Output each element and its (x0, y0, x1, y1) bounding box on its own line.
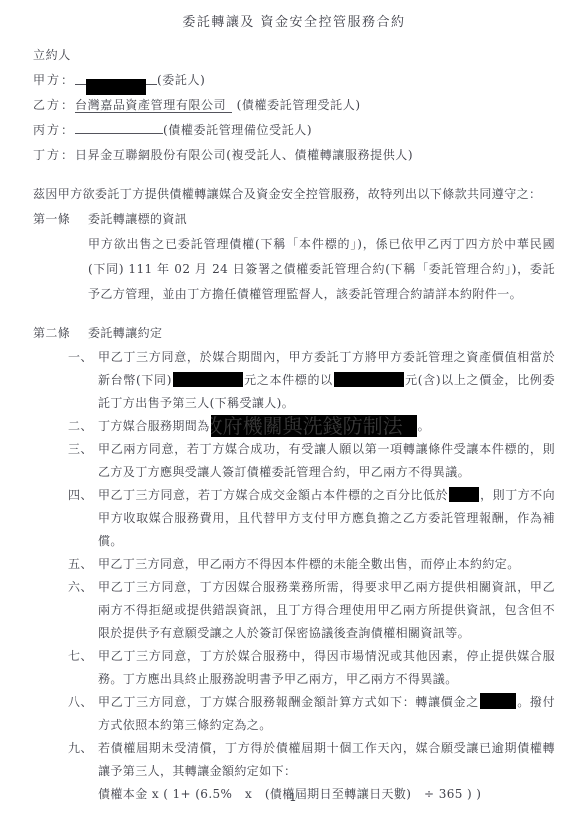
parties-heading: 立約人 (33, 43, 555, 68)
clause-content: 丁方媒合服務期間為政府機關與洗錢防制法。 (98, 415, 555, 438)
clause-marker: 五、 (68, 553, 98, 576)
contract-clause: 六、甲乙丁三方同意，丁方因媒合服務業務所需，得要求甲乙兩方提供相關資訊，甲乙兩方… (68, 576, 555, 645)
clause-content: 甲乙丁三方同意，甲乙兩方不得因本件標的未能全數出售，而停止本約約定。 (98, 553, 555, 576)
clause-text: 甲乙丁三方同意，丁方因媒合服務業務所需，得要求甲乙兩方提供相關資訊，甲乙兩方不得… (98, 580, 555, 640)
party-yi-line: 乙方：台灣嘉品資產管理有限公司 (債權委託管理受託人) (33, 93, 555, 118)
party-jia-underline (75, 68, 157, 85)
redaction-box (86, 79, 146, 95)
contract-clause: 五、甲乙丁三方同意，甲乙兩方不得因本件標的未能全數出售，而停止本約約定。 (68, 553, 555, 576)
clause-text: 元之本件標的以 (244, 373, 333, 387)
page-number: 1 (0, 791, 585, 804)
party-jia-label: 甲方： (33, 73, 75, 87)
clause-marker: 一、 (68, 346, 98, 415)
contract-clause: 四、甲乙丁三方同意，若丁方媒合成交金額占本件標的之百分比低於，則丁方不向甲方收取… (68, 484, 555, 553)
clause-marker: 三、 (68, 438, 98, 484)
clause-content: 甲乙丁三方同意，丁方媒合服務報酬金額計算方式如下：轉讓價金之。撥付方式依照本約第… (98, 691, 555, 737)
clause-marker: 六、 (68, 576, 98, 645)
article-1-body: 甲方欲出售之已委託管理債權(下稱「本件標的」)，係已依甲乙丙丁四方於中華民國(下… (88, 232, 555, 307)
clause-text: 。 (418, 419, 430, 433)
party-ding-line: 丁方：日昇金互聯網股份有限公司(複受託人、債權轉讓服務提供人) (33, 143, 555, 168)
clause-content: 甲乙丁三方同意，若丁方媒合成交金額占本件標的之百分比低於，則丁方不向甲方收取媒合… (98, 484, 555, 553)
preamble: 茲因甲方欲委託丁方提供債權轉讓媒合及資金安全控管服務，故特列出以下條款共同遵守之… (33, 182, 555, 207)
article-2-heading: 第二條 委託轉讓約定 (33, 321, 555, 346)
party-bing-line: 丙方：(債權委託管理備位受託人) (33, 118, 555, 143)
clause-text: 若債權屆期未受清償，丁方得於債權屆期十個工作天內，媒合願受讓已逾期債權轉讓予第三… (98, 741, 555, 778)
party-jia-suffix: (委託人) (157, 73, 205, 87)
clause-marker: 八、 (68, 691, 98, 737)
redaction-box (173, 372, 243, 387)
parties-section: 立約人 甲方：(委託人) 乙方：台灣嘉品資產管理有限公司 (債權委託管理受託人)… (33, 43, 555, 168)
article-1-number: 第一條 (33, 207, 88, 232)
clause-text: 甲乙丁三方同意，甲乙兩方不得因本件標的未能全數出售，而停止本約約定。 (98, 557, 520, 571)
article-1-title: 委託轉讓標的資訊 (88, 207, 187, 232)
party-jia-line: 甲方：(委託人) (33, 68, 555, 93)
redaction-box: 政府機關與洗錢防制法 (211, 415, 417, 437)
article-1-heading: 第一條 委託轉讓標的資訊 (33, 207, 555, 232)
redaction-box (334, 372, 404, 387)
clause-text: 甲乙兩方同意，若丁方媒合成功，有受讓人願以第一項轉讓條件受讓本件標的，則乙方及丁… (98, 442, 555, 479)
clause-content: 甲乙丁三方同意，丁方因媒合服務業務所需，得要求甲乙兩方提供相關資訊，甲乙兩方不得… (98, 576, 555, 645)
contract-clause: 八、甲乙丁三方同意，丁方媒合服務報酬金額計算方式如下：轉讓價金之。撥付方式依照本… (68, 691, 555, 737)
contract-clause: 二、丁方媒合服務期間為政府機關與洗錢防制法。 (68, 415, 555, 438)
party-ding-text: 日昇金互聯網股份有限公司(複受託人、債權轉讓服務提供人) (75, 148, 413, 162)
article-2-number: 第二條 (33, 321, 88, 346)
party-ding-label: 丁方： (33, 148, 75, 162)
article-2: 第二條 委託轉讓約定 一、甲乙丁三方同意，於媒合期間內，甲方委託丁方將甲方委託管… (33, 321, 555, 806)
contract-clause: 一、甲乙丁三方同意，於媒合期間內，甲方委託丁方將甲方委託管理之資產價值相當於新台… (68, 346, 555, 415)
clause-content: 甲乙丁三方同意，丁方於媒合服務中，得因市場情況或其他因素，停止提供媒合服務。丁方… (98, 645, 555, 691)
article-1: 第一條 委託轉讓標的資訊 甲方欲出售之已委託管理債權(下稱「本件標的」)，係已依… (33, 207, 555, 307)
redaction-box (480, 693, 516, 709)
article-2-title: 委託轉讓約定 (88, 321, 162, 346)
contract-clause: 三、甲乙兩方同意，若丁方媒合成功，有受讓人願以第一項轉讓條件受讓本件標的，則乙方… (68, 438, 555, 484)
contract-clause: 七、甲乙丁三方同意，丁方於媒合服務中，得因市場情況或其他因素，停止提供媒合服務。… (68, 645, 555, 691)
clause-marker: 七、 (68, 645, 98, 691)
party-yi-suffix: (債權委託管理受託人) (237, 98, 361, 112)
clause-marker: 二、 (68, 415, 98, 438)
clause-text: 甲乙丁三方同意，丁方於媒合服務中，得因市場情況或其他因素，停止提供媒合服務。丁方… (98, 649, 555, 686)
redaction-box (449, 487, 479, 502)
clause-marker: 四、 (68, 484, 98, 553)
party-yi-label: 乙方： (33, 98, 75, 112)
party-bing-suffix: (債權委託管理備位受託人) (163, 123, 312, 137)
clause-text: 甲乙丁三方同意，若丁方媒合成交金額占本件標的之百分比低於 (98, 488, 448, 502)
clause-text: 丁方媒合服務期間為 (98, 419, 210, 433)
party-bing-blank-underline (75, 120, 163, 134)
page-title: 委託轉讓及 資金安全控管服務合約 (33, 14, 555, 32)
clause-content: 甲乙兩方同意，若丁方媒合成功，有受讓人願以第一項轉讓條件受讓本件標的，則乙方及丁… (98, 438, 555, 484)
clause-text: 甲乙丁三方同意，丁方媒合服務報酬金額計算方式如下：轉讓價金之 (98, 695, 479, 709)
party-yi-name: 台灣嘉品資產管理有限公司 (75, 98, 232, 113)
party-bing-label: 丙方： (33, 123, 75, 137)
contract-page: 委託轉讓及 資金安全控管服務合約 立約人 甲方：(委託人) 乙方：台灣嘉品資產管… (0, 0, 585, 806)
clause-content: 甲乙丁三方同意，於媒合期間內，甲方委託丁方將甲方委託管理之資產價值相當於新台幣(… (98, 346, 555, 415)
article2-items: 一、甲乙丁三方同意，於媒合期間內，甲方委託丁方將甲方委託管理之資產價值相當於新台… (68, 346, 555, 806)
